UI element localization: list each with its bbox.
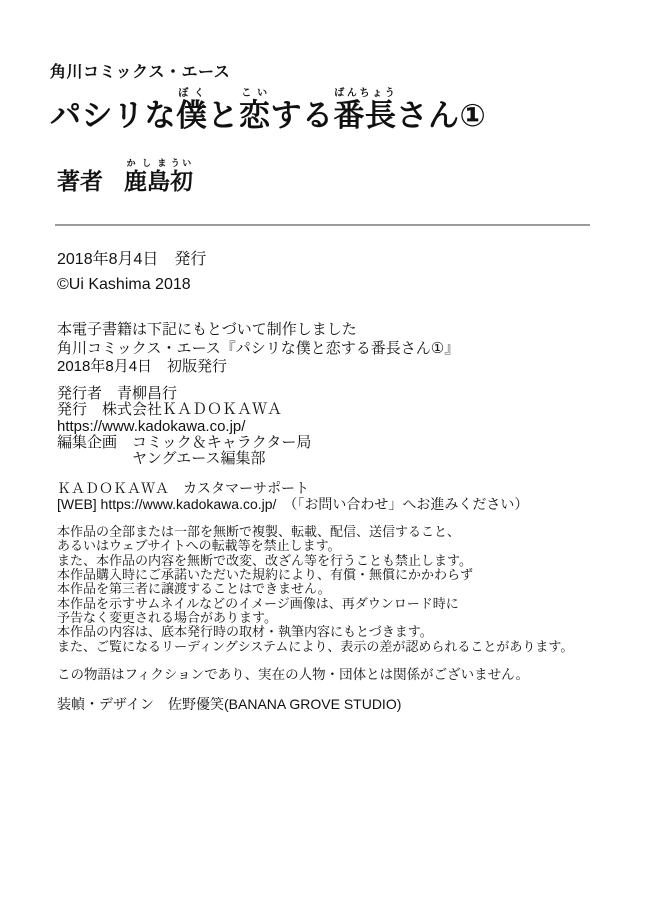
- fiction-disclaimer: この物語はフィクションであり、実在の人物・団体とは関係がございません。: [57, 663, 529, 683]
- author-name: 鹿島かしま初うい: [124, 168, 193, 194]
- text-line: また、ご覧になるリーディングシステムにより、表示の差が認められることがあります。: [57, 640, 573, 654]
- customer-support: ＫＡＤＯＫＡＷＡ カスタマーサポート[WEB] https://www.kado…: [57, 481, 528, 512]
- text-line: ＫＡＤＯＫＡＷＡ カスタマーサポート: [57, 481, 528, 497]
- legal-notice: 本作品の全部または一部を無断で複製、転載、配信、送信すること、あるいはウェブサイ…: [57, 525, 573, 654]
- text-line: https://www.kadokawa.co.jp/: [57, 419, 311, 435]
- text-line: 本作品の内容は、底本発行時の取材・執筆内容にもとづきます。: [57, 625, 573, 639]
- text-line: また、本作品の内容を無断で改変、改ざん等を行うことも禁止します。: [57, 554, 573, 568]
- copyright-line: ©Ui Kashima 2018: [57, 276, 191, 294]
- text-line: 本電子書籍は下記にもとづいて制作しました: [57, 321, 459, 340]
- text-line: 発行者 青柳昌行: [57, 386, 311, 402]
- divider-rule: [55, 224, 590, 226]
- text-line: あるいはウェブサイトへの転載等を禁止します。: [57, 539, 573, 553]
- text-line: 編集企画 コミック＆キャラクター局: [57, 435, 311, 451]
- text-line: 本作品の全部または一部を無断で複製、転載、配信、送信すること、: [57, 525, 573, 539]
- design-credit: 装幀・デザイン 佐野優笑(BANANA GROVE STUDIO): [57, 694, 401, 714]
- text-line: 予告なく変更される場合があります。: [57, 611, 573, 625]
- source-note: 本電子書籍は下記にもとづいて制作しました角川コミックス・エース『パシリな僕と恋す…: [57, 321, 459, 377]
- text-line: 角川コミックス・エース『パシリな僕と恋する番長さん①』: [57, 340, 459, 359]
- author-label: 著者: [57, 168, 103, 194]
- publisher-info: 発行者 青柳昌行発行 株式会社ＫＡＤＯＫＡＷＡhttps://www.kadok…: [57, 386, 311, 467]
- text-line: 2018年8月4日 初版発行: [57, 358, 459, 377]
- colophon-page: 角川コミックス・エース パシリな僕ぼくと恋こいする番長ばんちょうさん① 著者鹿島…: [0, 0, 650, 924]
- text-line: ヤングエース編集部: [57, 451, 311, 467]
- imprint-label: 角川コミックス・エース: [50, 59, 230, 82]
- book-title: パシリな僕ぼくと恋こいする番長ばんちょうさん①: [50, 88, 486, 139]
- text-line: 発行 株式会社ＫＡＤＯＫＡＷＡ: [57, 402, 311, 418]
- text-line: 本作品を第三者に譲渡することはできません。: [57, 582, 573, 596]
- text-line: [WEB] https://www.kadokawa.co.jp/ （「お問い合…: [57, 497, 528, 513]
- author-line: 著者鹿島かしま初うい: [57, 158, 193, 199]
- publication-date: 2018年8月4日 発行: [57, 246, 206, 269]
- text-line: 本作品購入時にご承諾いただいた規約により、有償・無償にかかわらず: [57, 568, 573, 582]
- text-line: 本作品を示すサムネイルなどのイメージ画像は、再ダウンロード時に: [57, 597, 573, 611]
